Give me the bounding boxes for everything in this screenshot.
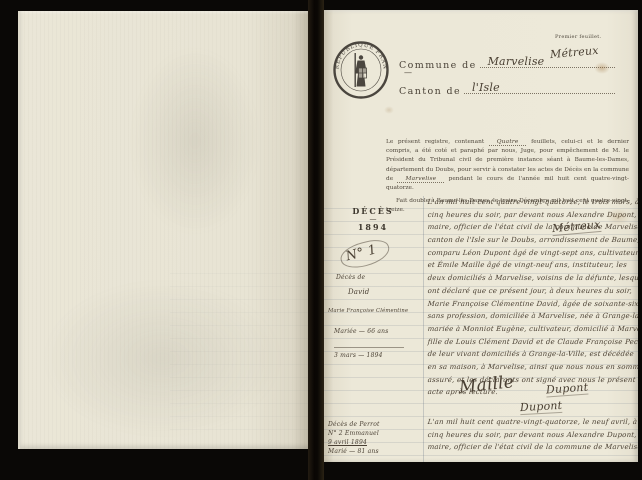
note-line: 3 mars — 1894 — [334, 347, 404, 359]
commune-inline-value: Marvelise — [397, 176, 444, 183]
year-label: 1894 — [342, 222, 404, 232]
margin-header: DÉCÈS — 1894 — [342, 206, 404, 232]
act1-body: L'an mil huit cent quatre-vingt-quatorze… — [427, 198, 636, 401]
act1-line: mariée à Monniot Eugène, cultivateur, do… — [427, 325, 637, 338]
paper-stain — [594, 62, 610, 74]
note-line: 9 avril 1894 — [328, 438, 428, 447]
paper-stain — [606, 208, 630, 226]
canton-value: l'Isle — [472, 81, 500, 94]
act1-line: sans profession, domiciliée à Marvelise,… — [427, 312, 637, 325]
act1-line: ont déclaré que ce présent jour, à deux … — [427, 287, 637, 300]
paper-stain — [384, 106, 394, 114]
note-line: Décès de — [336, 274, 422, 288]
register-scan: Premier feuillet. Métreux RÉPUBLIQUE FRA… — [0, 0, 642, 480]
note-line: Marié — 81 ans — [328, 447, 428, 456]
margin-note-act2: Décès de Perrot N° 2 Emmanuel 9 avril 18… — [328, 420, 428, 456]
act1-line: L'an mil huit cent quatre-vingt-quatorze… — [427, 198, 637, 211]
act1-line: comparu Léon Dupont âgé de vingt-sept an… — [427, 249, 637, 262]
right-page: Premier feuillet. Métreux RÉPUBLIQUE FRA… — [324, 10, 638, 462]
left-page-blank — [18, 11, 310, 449]
sheet-number-label: Premier feuillet. — [555, 34, 601, 40]
ruled-bleedthrough — [170, 261, 308, 441]
act1-line: maire, officier de l'état civil de la co… — [427, 223, 637, 236]
act1-line: Marie Françoise Clémentine David, âgée d… — [427, 300, 637, 313]
act1-line: en sa maison, à Marvelise, ainsi que nou… — [427, 363, 637, 376]
act2-body: L'an mil huit cent quatre-vingt-quatorze… — [427, 418, 636, 456]
republique-francaise-seal-icon: RÉPUBLIQUE FRANÇAISE — [332, 40, 390, 100]
note-line: Mariée — 66 ans — [334, 328, 422, 347]
note-line: N° 2 Emmanuel — [328, 429, 428, 438]
witness-signature-dupont: Dupont — [546, 381, 589, 398]
mayor-signature-dupont: Dupont — [520, 399, 563, 415]
commune-value: Marvelise — [488, 55, 545, 68]
act2-line: cinq heures du soir, par devant nous Ale… — [427, 431, 637, 444]
canton-field: Canton de l'Isle — [399, 80, 615, 97]
ink-bleedthrough — [130, 46, 260, 236]
commune-field: Commune de Marvelise — [399, 54, 615, 71]
margin-note-act1: Décès de David Marie Françoise Clémentin… — [328, 274, 422, 359]
act1-line: canton de l'Isle sur le Doubs, arrondiss… — [427, 236, 637, 249]
act1-line: fille de Louis Clément David et de Claud… — [427, 338, 637, 351]
act1-line: de leur vivant domiciliés à Grange-la-Vi… — [427, 350, 637, 363]
book-gutter — [308, 0, 324, 480]
act2-line: L'an mil huit cent quatre-vingt-quatorze… — [427, 418, 637, 431]
marianne-figure-icon — [355, 53, 368, 87]
note-line: David — [348, 288, 422, 308]
canton-label: Canton de — [399, 86, 461, 97]
canton-entry-line: l'Isle — [464, 80, 615, 94]
separator-dash: — — [404, 68, 412, 77]
act2-line: maire, officier de l'état civil de la co… — [427, 443, 637, 456]
declaration-part1: Le présent registre, contenant — [386, 139, 484, 145]
act1-line: deux domiciliés à Marvelise, voisins de … — [427, 274, 637, 287]
act1-line: et Émile Maille âgé de vingt-neuf ans, i… — [427, 261, 637, 274]
note-line: Décès de Perrot — [328, 420, 428, 429]
note-line: Marie Françoise Clémentine — [328, 308, 422, 328]
feuillets-count-value: Quatre — [489, 139, 527, 146]
